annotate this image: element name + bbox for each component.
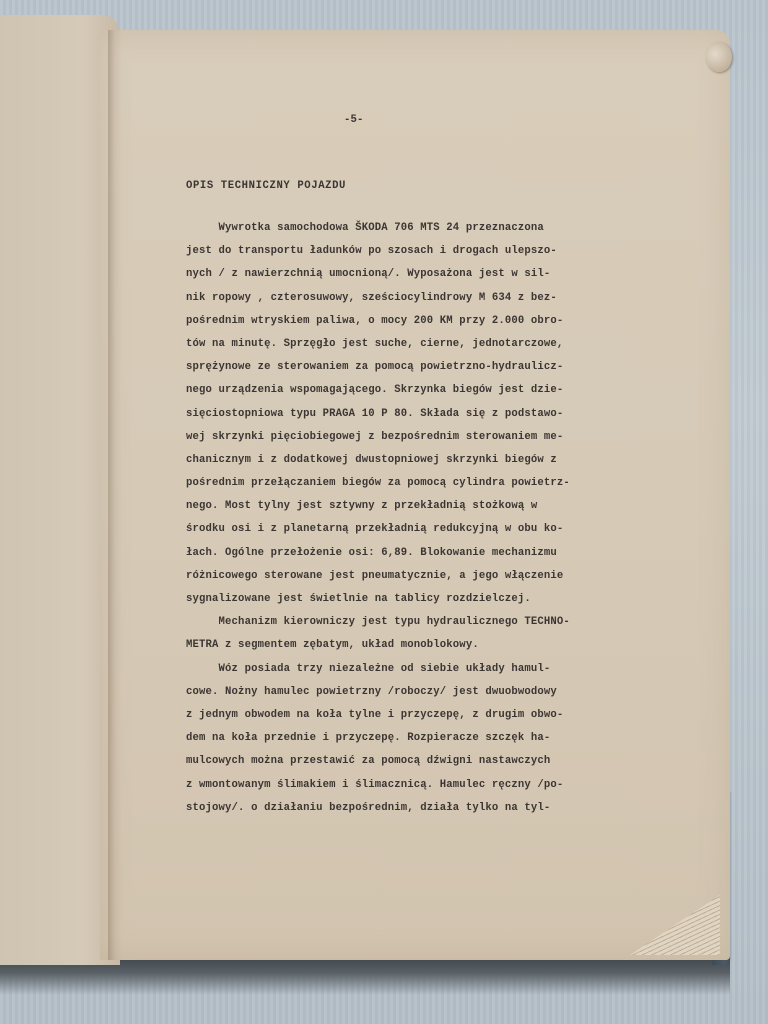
text-line: stojowy/. o działaniu bezpośrednim, dzia… xyxy=(186,797,570,820)
text-line: środku osi i z planetarną przekładnią re… xyxy=(186,518,570,541)
text-line: z jednym obwodem na koła tylne i przycze… xyxy=(186,704,570,727)
document-title: OPIS TECHNICZNY POJAZDU xyxy=(186,180,346,192)
text-line: Wóz posiada trzy niezależne od siebie uk… xyxy=(186,658,570,681)
text-line: sięciostopniowa typu PRAGA 10 P 80. Skła… xyxy=(186,403,570,426)
text-line: Mechanizm kierowniczy jest typu hydrauli… xyxy=(186,611,570,634)
document-body: Wywrotka samochodowa ŠKODA 706 MTS 24 pr… xyxy=(186,217,570,820)
text-line: nik ropowy , czterosuwowy, sześciocylind… xyxy=(186,287,570,310)
text-line: jest do transportu ładunków po szosach i… xyxy=(186,240,570,263)
page-corner-curl xyxy=(706,42,732,72)
text-line: wej skrzynki pięciobiegowej z bezpośredn… xyxy=(186,426,570,449)
text-line: tów na minutę. Sprzęgło jest suche, cier… xyxy=(186,333,570,356)
text-line: cowe. Nożny hamulec powietrzny /roboczy/… xyxy=(186,681,570,704)
text-line: chanicznym i z dodatkowej dwustopniowej … xyxy=(186,449,570,472)
text-line: nego. Most tylny jest sztywny z przekład… xyxy=(186,495,570,518)
text-line: pośrednim wtryskiem paliwa, o mocy 200 K… xyxy=(186,310,570,333)
text-line: Wywrotka samochodowa ŠKODA 706 MTS 24 pr… xyxy=(186,217,570,240)
text-line: łach. Ogólne przełożenie osi: 6,89. Blok… xyxy=(186,542,570,565)
text-line: nych / z nawierzchnią umocnioną/. Wyposa… xyxy=(186,263,570,286)
text-line: z wmontowanym ślimakiem i ślimacznicą. H… xyxy=(186,774,570,797)
text-line: METRA z segmentem zębatym, układ monoblo… xyxy=(186,634,570,657)
text-line: sprężynowe ze sterowaniem za pomocą powi… xyxy=(186,356,570,379)
page-number: -5- xyxy=(344,114,364,126)
text-line: różnicowego sterowane jest pneumatycznie… xyxy=(186,565,570,588)
text-line: sygnalizowane jest świetlnie na tablicy … xyxy=(186,588,570,611)
text-line: mulcowych można przestawić za pomocą dźw… xyxy=(186,750,570,773)
text-line: nego urządzenia wspomagającego. Skrzynka… xyxy=(186,379,570,402)
book-gutter xyxy=(108,30,122,960)
text-line: dem na koła przednie i przyczepę. Rozpie… xyxy=(186,727,570,750)
text-line: pośrednim przełączaniem biegów za pomocą… xyxy=(186,472,570,495)
